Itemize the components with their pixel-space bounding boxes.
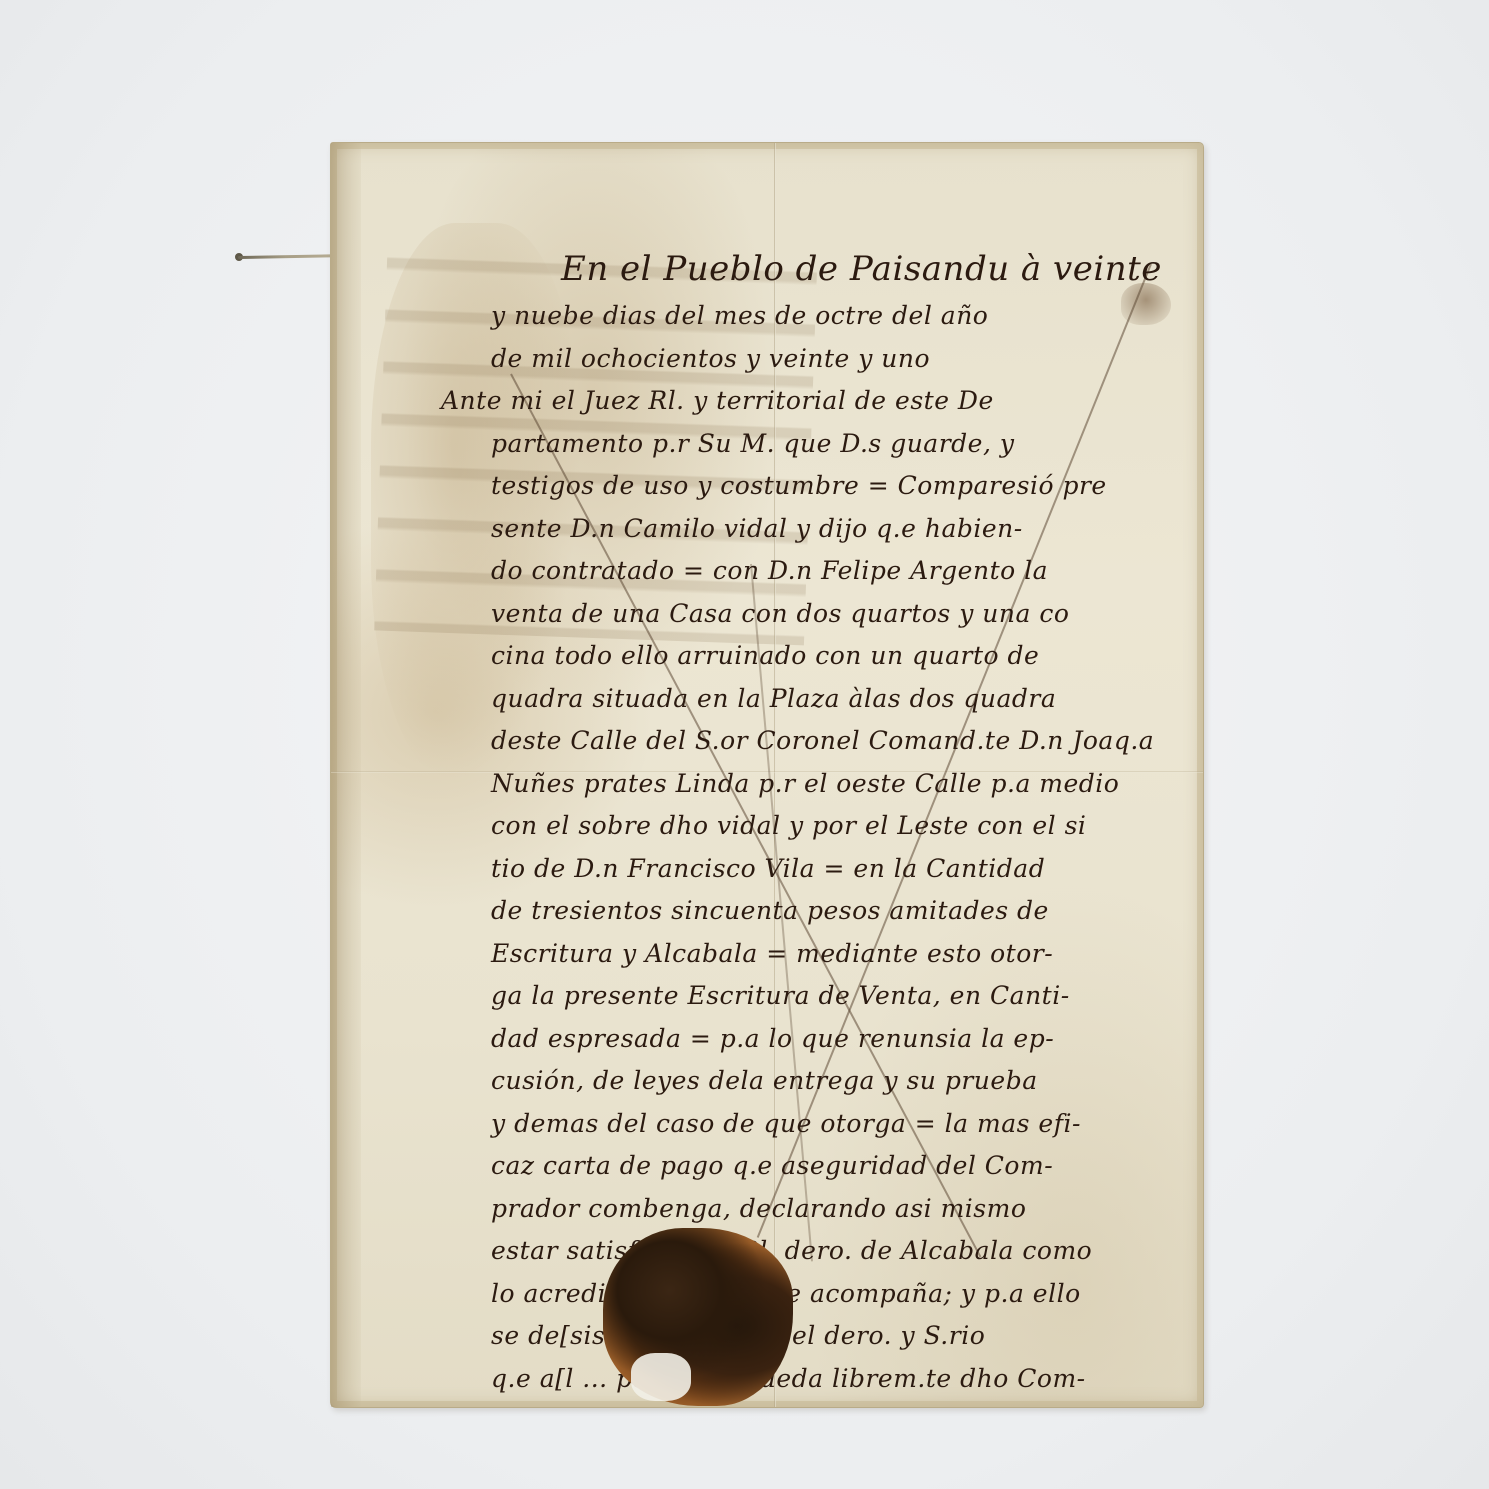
text-line: partamento p.r Su M. que D.s guarde, y: [491, 423, 1191, 466]
text-line: de tresientos sincuenta pesos amitades d…: [491, 890, 1191, 933]
text-line: deste Calle del S.or Coronel Comand.te D…: [491, 720, 1191, 763]
text-line: ga la presente Escritura de Venta, en Ca…: [491, 975, 1191, 1018]
text-line: con el sobre dho vidal y por el Leste co…: [491, 805, 1191, 848]
text-line: testigos de uso y costumbre = Comparesió…: [491, 465, 1191, 508]
text-line: En el Pueblo de Paisandu à veinte: [491, 243, 1191, 295]
text-line: prador combenga, declarando asi mismo: [491, 1188, 1191, 1231]
text-line: sente D.n Camilo vidal y dijo q.e habien…: [491, 508, 1191, 551]
text-line: Ante mi el Juez Rl. y territorial de est…: [441, 380, 1191, 423]
handwritten-text: En el Pueblo de Paisandu à veinte y nueb…: [491, 243, 1191, 1400]
text-line: y nuebe dias del mes de octre del año: [491, 295, 1191, 338]
torn-paper-fragment: [631, 1353, 691, 1401]
text-line: dad espresada = p.a lo que renunsia la e…: [491, 1018, 1191, 1061]
text-line: do contratado = con D.n Felipe Argento l…: [491, 550, 1191, 593]
text-line: estar satisfecho el Rl. dero. de Alcabal…: [491, 1230, 1191, 1273]
text-line: Nuñes prates Linda p.r el oeste Calle p.…: [491, 763, 1191, 806]
text-line: se de[siste y] aparta, del dero. y S.rio: [491, 1315, 1191, 1358]
text-line: de mil ochocientos y veinte y uno: [491, 338, 1191, 381]
text-line: caz carta de pago q.e aseguridad del Com…: [491, 1145, 1191, 1188]
text-line: quadra situada en la Plaza àlas dos quad…: [491, 678, 1191, 721]
text-line: tio de D.n Francisco Vila = en la Cantid…: [491, 848, 1191, 891]
page-left-edge: [331, 143, 361, 1407]
text-line: y demas del caso de que otorga = la mas …: [491, 1103, 1191, 1146]
text-line: venta de una Casa con dos quartos y una …: [491, 593, 1191, 636]
manuscript-page: En el Pueblo de Paisandu à veinte y nueb…: [330, 142, 1204, 1408]
text-line: Escritura y Alcabala = mediante esto oto…: [491, 933, 1191, 976]
text-line: q.e a[l ... pa]ra q.e pueda librem.te dh…: [491, 1358, 1191, 1401]
text-line: lo acredita el voleto q.e acompaña; y p.…: [491, 1273, 1191, 1316]
text-line: cina todo ello arruinado con un quarto d…: [491, 635, 1191, 678]
text-line: cusión, de leyes dela entrega y su prueb…: [491, 1060, 1191, 1103]
